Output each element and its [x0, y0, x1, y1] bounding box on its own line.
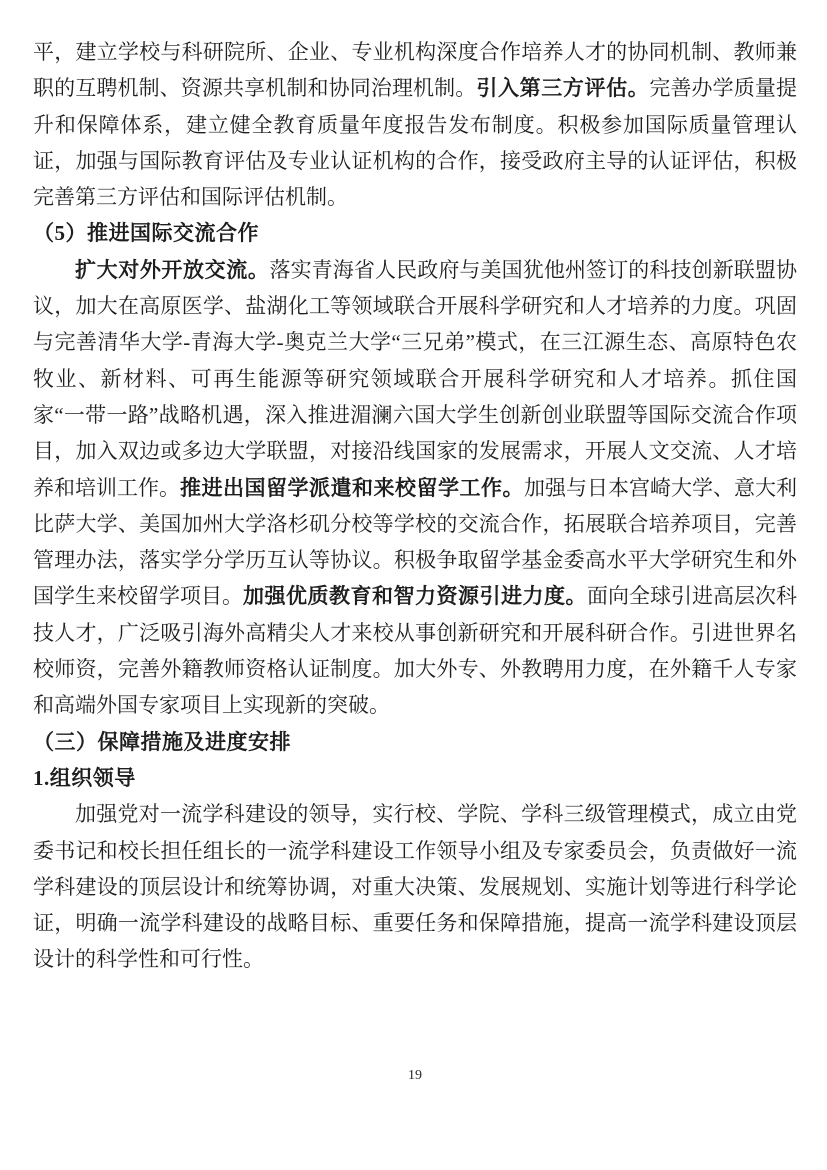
bold-text-run: 加强优质教育和智力资源引进力度。 — [243, 584, 587, 608]
bold-text-run: 1.组织领导 — [33, 766, 136, 790]
section-heading: 1.组织领导 — [33, 760, 797, 796]
bold-text-run: （三）保障措施及进度安排 — [33, 730, 291, 754]
page-number: 19 — [408, 1068, 422, 1083]
section-heading: （三）保障措施及进度安排 — [33, 724, 797, 760]
bold-text-run: 推进出国留学派遣和来校留学工作。 — [180, 476, 524, 500]
document-page: 平，建立学校与科研院所、企业、专业机构深度合作培养人才的协同机制、教师兼职的互聘… — [0, 0, 827, 1170]
document-body: 平，建立学校与科研院所、企业、专业机构深度合作培养人才的协同机制、教师兼职的互聘… — [33, 34, 797, 978]
paragraph: 平，建立学校与科研院所、企业、专业机构深度合作培养人才的协同机制、教师兼职的互聘… — [33, 34, 797, 215]
page-footer: 19 — [33, 1066, 797, 1086]
paragraph: 加强党对一流学科建设的领导，实行校、学院、学科三级管理模式，成立由党委书记和校长… — [33, 796, 797, 977]
paragraph: 扩大对外开放交流。落实青海省人民政府与美国犹他州签订的科技创新联盟协议，加大在高… — [33, 252, 797, 724]
bold-text-run: 引入第三方评估。 — [476, 76, 649, 100]
text-run: 加强党对一流学科建设的领导，实行校、学院、学科三级管理模式，成立由党委书记和校长… — [33, 802, 797, 971]
text-run: 落实青海省人民政府与美国犹他州签订的科技创新联盟协议，加大在高原医学、盐湖化工等… — [33, 258, 797, 500]
bold-text-run: 扩大对外开放交流。 — [75, 258, 269, 282]
section-heading: （5）推进国际交流合作 — [33, 215, 797, 251]
bold-text-run: （5）推进国际交流合作 — [33, 221, 259, 245]
